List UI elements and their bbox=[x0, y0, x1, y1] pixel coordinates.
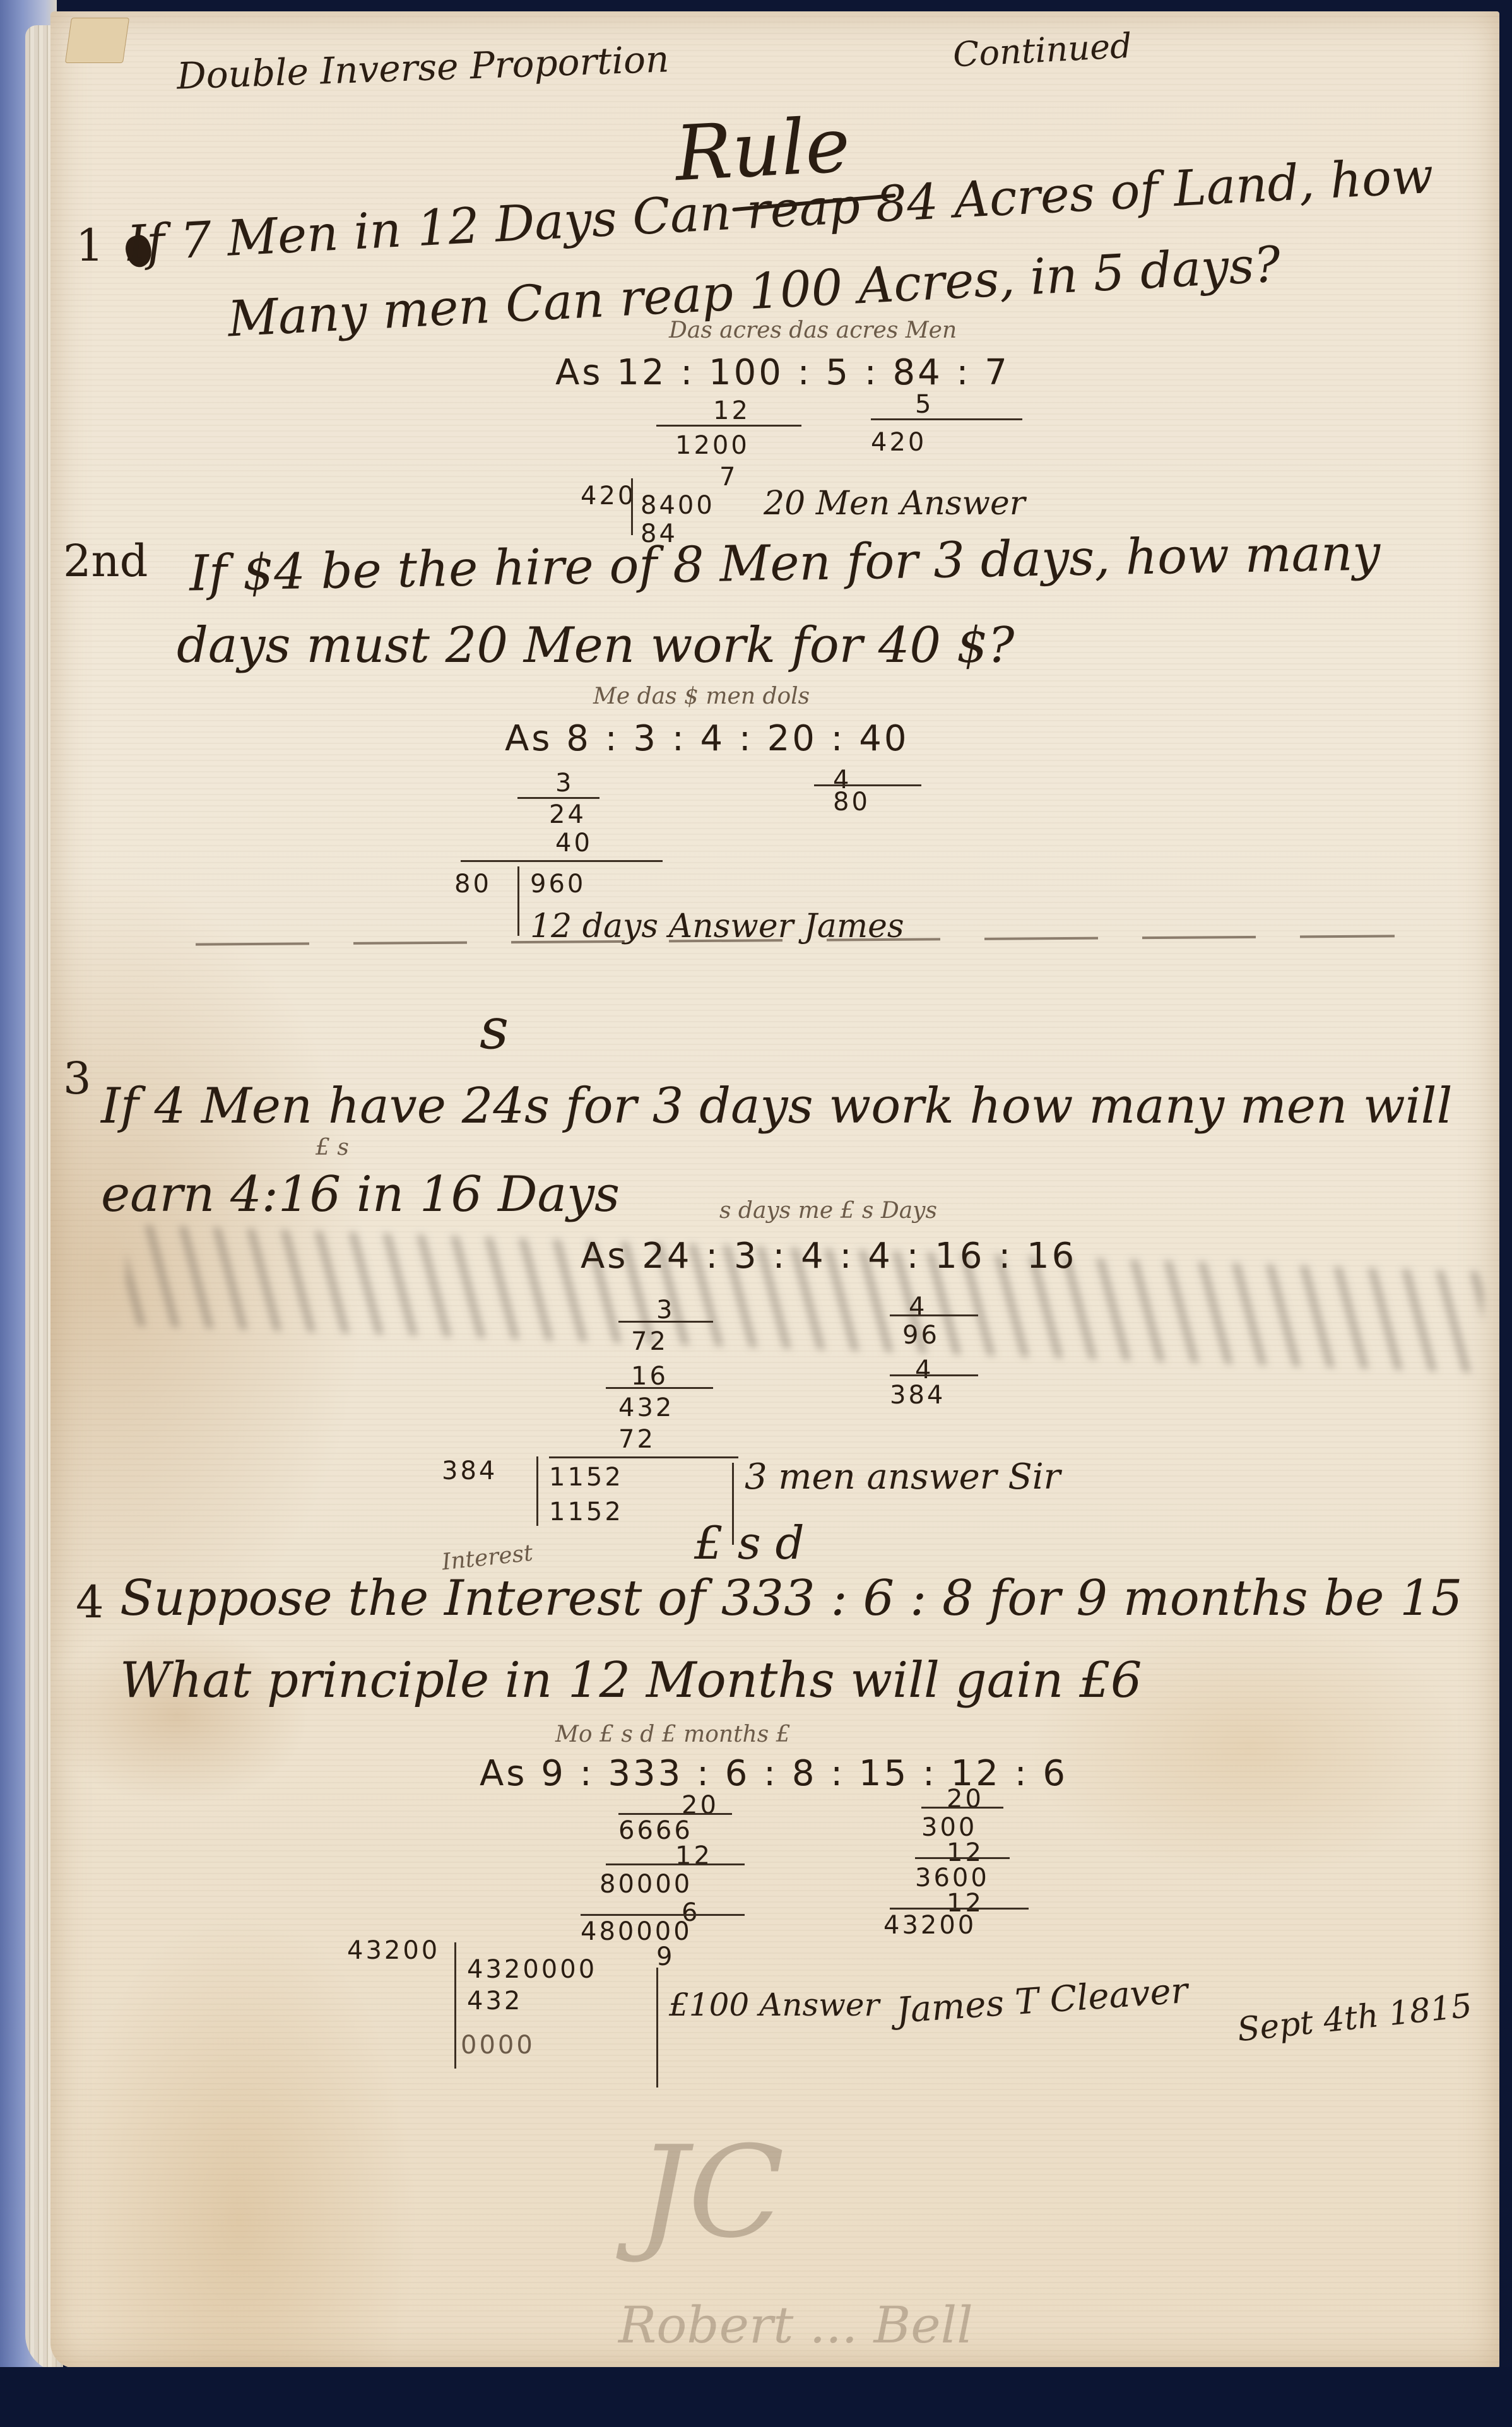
proportion-statement: As 12 : 100 : 5 : 84 : 7 bbox=[555, 352, 1010, 393]
dividend: 1152 bbox=[549, 1463, 623, 1492]
problem-line: days must 20 Men work for 40 $? bbox=[177, 617, 1014, 674]
product: 480000 bbox=[581, 1917, 692, 1946]
proportion-statement: As 8 : 3 : 4 : 20 : 40 bbox=[505, 718, 909, 759]
answer-bracket bbox=[656, 1968, 658, 2087]
multiplier: 3 bbox=[555, 769, 574, 798]
problem-number: 4 bbox=[76, 1576, 104, 1628]
multiplier: 4 bbox=[909, 1292, 927, 1321]
rule-line bbox=[871, 418, 1022, 420]
divisor: 43200 bbox=[347, 1936, 440, 1965]
rule-line bbox=[814, 784, 921, 786]
dividend: 960 bbox=[530, 870, 586, 899]
problem-number: 1 bbox=[76, 220, 104, 271]
rule-line bbox=[656, 425, 801, 427]
problem-line: earn 4:16 in 16 Days bbox=[101, 1166, 620, 1223]
division-bracket bbox=[631, 478, 633, 535]
product: 1200 bbox=[675, 431, 750, 460]
superscript-mark: £ s bbox=[316, 1135, 349, 1160]
rule-line bbox=[618, 1321, 713, 1323]
folded-corner bbox=[65, 18, 129, 63]
problem-line: If 4 Men have 24s for 3 days work how ma… bbox=[101, 1078, 1453, 1135]
answer: £100 Answer bbox=[669, 1987, 879, 2023]
student-signature: James T Cleaver bbox=[895, 1970, 1189, 2031]
dividend: 8400 bbox=[641, 491, 715, 520]
product: 384 bbox=[890, 1381, 945, 1410]
product: 96 bbox=[902, 1321, 940, 1350]
rule-line bbox=[618, 1813, 732, 1815]
problem-line: If $4 be the hire of 8 Men for 3 days, h… bbox=[189, 525, 1381, 603]
product: 24 bbox=[549, 800, 586, 829]
product: 432 bbox=[618, 1393, 674, 1422]
remainder: 0000 bbox=[461, 2031, 535, 2060]
column-labels: Mo £ s d £ months £ bbox=[555, 1721, 791, 1747]
rule-line bbox=[549, 1456, 738, 1458]
rule-line bbox=[517, 797, 599, 799]
rule-line bbox=[890, 1908, 1029, 1910]
bottom-flourish: JC bbox=[637, 2119, 784, 2266]
column-labels: s days me £ s Days bbox=[719, 1198, 937, 1224]
division-bracket bbox=[454, 1942, 456, 2069]
product: 420 bbox=[871, 428, 926, 457]
product: 80 bbox=[833, 788, 870, 817]
divisor: 420 bbox=[581, 481, 636, 511]
divisor: 80 bbox=[454, 870, 492, 899]
problem-number: 3 bbox=[63, 1053, 92, 1104]
answer: 20 Men Answer bbox=[764, 485, 1025, 523]
multiplier: 12 bbox=[713, 396, 750, 425]
rule-line bbox=[921, 1807, 1003, 1809]
answer: 3 men answer Sir bbox=[745, 1456, 1060, 1497]
division-bracket bbox=[517, 866, 519, 936]
rule-line bbox=[606, 1387, 713, 1389]
product: 80000 bbox=[599, 1870, 692, 1899]
faint-bleed-name: Robert ... Bell bbox=[618, 2296, 973, 2354]
problem-number: 2nd bbox=[63, 535, 148, 587]
subtraction: 432 bbox=[467, 1987, 523, 2016]
rule-line bbox=[915, 1857, 1010, 1859]
multiplier: 12 bbox=[675, 1841, 712, 1870]
partial-product: 72 bbox=[618, 1425, 656, 1454]
scanner-backdrop-bottom bbox=[0, 2367, 1512, 2427]
multiplier: 40 bbox=[555, 829, 593, 858]
signature-date: Sept 4th 1815 bbox=[1236, 1987, 1474, 2050]
continued-label: Continued bbox=[952, 26, 1133, 75]
subtraction: 1152 bbox=[549, 1497, 623, 1526]
problem-line: Suppose the Interest of 333 : 6 : 8 for … bbox=[120, 1570, 1462, 1627]
proportion-statement: As 24 : 3 : 4 : 4 : 16 : 16 bbox=[581, 1236, 1077, 1277]
rule-line bbox=[890, 1374, 978, 1376]
rule-line bbox=[606, 1863, 745, 1865]
product: 43200 bbox=[883, 1911, 976, 1940]
column-labels: Me das $ men dols bbox=[593, 683, 810, 709]
page-title: Double Inverse Proportion bbox=[176, 37, 670, 97]
rule-line bbox=[581, 1914, 745, 1916]
multiplier: 20 bbox=[947, 1785, 984, 1814]
manuscript-page: Double Inverse Proportion Continued Rule… bbox=[50, 11, 1499, 2368]
multiplier: 5 bbox=[915, 390, 933, 419]
rule-line bbox=[461, 860, 663, 862]
rule-line bbox=[890, 1314, 978, 1316]
problem-line: What principle in 12 Months will gain £6 bbox=[120, 1652, 1142, 1709]
multiplier: 7 bbox=[719, 463, 738, 492]
currency-marks: £ s d bbox=[694, 1516, 805, 1569]
division-bracket bbox=[536, 1456, 538, 1526]
superscript-mark: s bbox=[480, 996, 509, 1062]
divisor: 384 bbox=[442, 1456, 497, 1485]
dividend: 4320000 bbox=[467, 1955, 597, 1984]
product: 72 bbox=[631, 1327, 668, 1356]
column-labels: Das acres das acres Men bbox=[669, 317, 957, 343]
multiplier: 9 bbox=[656, 1942, 675, 1971]
